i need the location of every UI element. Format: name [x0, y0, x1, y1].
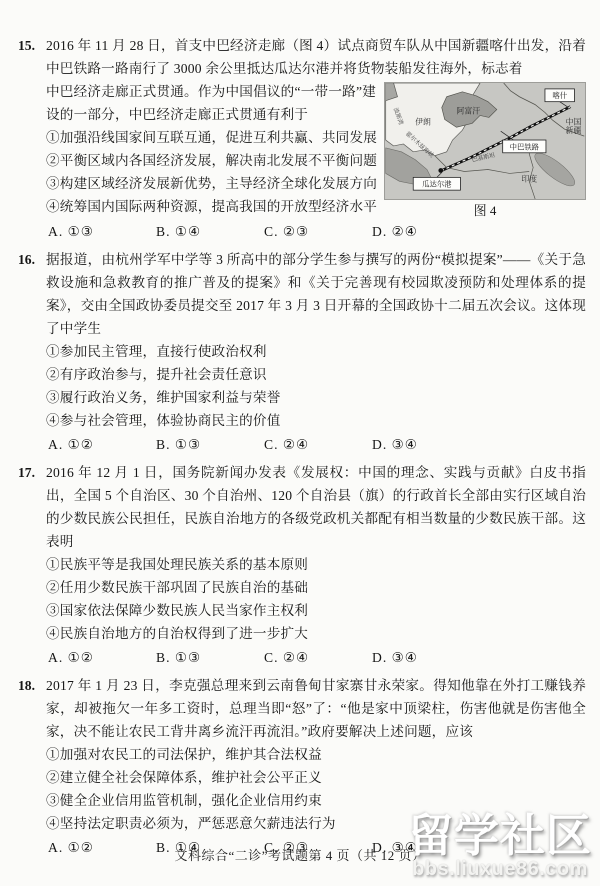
question-16-item-3: ③履行政治义务，维护国家利益与荣誉	[46, 386, 586, 409]
figure-4-map: 喀什 中巴铁路 瓜达尔港 伊朗 阿富汗 中国 新疆 巴基斯坦 印度 波斯湾	[384, 82, 586, 220]
question-16-option-d: D. ③④	[370, 433, 586, 456]
question-15-option-a: A. ①③	[46, 220, 154, 243]
question-18-item-2: ②建立健全社会保障体系，维护社会公平正义	[46, 766, 586, 789]
gwadar-port-dot	[438, 168, 443, 173]
question-15-option-b: B. ①④	[154, 220, 262, 243]
question-17-item-3: ③国家依法保障少数民族人民当家作主权利	[46, 599, 586, 622]
question-18-stem: 2017 年 1 月 23 日，李克强总理来到云南鲁甸甘家寨甘永荣家。得知他靠在…	[46, 674, 586, 743]
question-17-option-b: B. ①③	[154, 646, 262, 669]
page-footer: 文科综合“二诊”考试题第 4 页（共 12 页）	[0, 845, 600, 864]
question-15: 15. 2016 年 11 月 28 日，首支中巴经济走廊（图 4）试点商贸车队…	[18, 34, 586, 243]
question-17-option-d: D. ③④	[370, 646, 586, 669]
cpec-map: 喀什 中巴铁路 瓜达尔港 伊朗 阿富汗 中国 新疆 巴基斯坦 印度 波斯湾	[384, 82, 586, 200]
gwadar-label: 瓜达尔港	[422, 180, 452, 189]
china-label-line2: 新疆	[566, 125, 582, 135]
railway-label: 中巴铁路	[510, 142, 540, 151]
question-16-option-c: C. ②④	[262, 433, 370, 456]
question-15-option-d: D. ②④	[370, 220, 586, 243]
question-16-options: A. ①② B. ①③ C. ②④ D. ③④	[46, 433, 586, 456]
afghanistan-label: 阿富汗	[456, 105, 480, 115]
question-16-item-1: ①参加民主管理，直接行使政治权利	[46, 340, 586, 363]
question-18-item-3: ③健全企业信用监管机制，强化企业信用约束	[46, 789, 586, 812]
question-17-stem: 2016 年 12 月 1 日，国务院新闻办发表《发展权：中国的理念、实践与贡献…	[46, 461, 586, 553]
question-15-option-c: C. ②③	[262, 220, 370, 243]
question-17-item-4: ④民族自治地方的自治权得到了进一步扩大	[46, 622, 586, 645]
question-17-options: A. ①② B. ①③ C. ②④ D. ③④	[46, 646, 586, 669]
question-17-number: 17.	[18, 461, 46, 484]
question-17: 17. 2016 年 12 月 1 日，国务院新闻办发表《发展权：中国的理念、实…	[18, 461, 586, 669]
question-17-item-2: ②任用少数民族干部巩固了民族自治的基础	[46, 576, 586, 599]
exam-page: 15. 2016 年 11 月 28 日，首支中巴经济走廊（图 4）试点商贸车队…	[0, 0, 600, 886]
question-18-number: 18.	[18, 674, 46, 697]
question-16: 16. 据报道，由杭州学军中学等 3 所高中的部分学生参与撰写的两份“模拟提案”…	[18, 248, 586, 456]
question-16-option-b: B. ①③	[154, 433, 262, 456]
question-16-stem: 据报道，由杭州学军中学等 3 所高中的部分学生参与撰写的两份“模拟提案”——《关…	[46, 248, 586, 340]
figure-4-caption: 图 4	[384, 200, 586, 220]
question-17-option-c: C. ②④	[262, 646, 370, 669]
question-16-item-4: ④参与社会管理，体验协商民主的价值	[46, 409, 586, 432]
question-17-option-a: A. ①②	[46, 646, 154, 669]
question-17-item-1: ①民族平等是我国处理民族关系的基本原则	[46, 553, 586, 576]
question-16-item-2: ②有序政治参与，提升社会责任意识	[46, 363, 586, 386]
iran-label: 伊朗	[415, 116, 431, 126]
question-15-stem-part1: 2016 年 11 月 28 日，首支中巴经济走廊（图 4）试点商贸车队从中国新…	[46, 34, 586, 80]
question-18: 18. 2017 年 1 月 23 日，李克强总理来到云南鲁甸甘家寨甘永荣家。得…	[18, 674, 586, 859]
question-16-number: 16.	[18, 248, 46, 271]
question-15-options: A. ①③ B. ①④ C. ②③ D. ②④	[46, 220, 586, 243]
india-label: 印度	[521, 173, 537, 183]
question-15-number: 15.	[18, 34, 46, 57]
question-16-option-a: A. ①②	[46, 433, 154, 456]
kashgar-label: 喀什	[552, 91, 567, 100]
china-label-line1: 中国	[566, 116, 582, 126]
question-18-item-4: ④坚持法定职责必须为，严惩恶意欠薪违法行为	[46, 812, 586, 835]
question-18-item-1: ①加强对农民工的司法保护，维护其合法权益	[46, 743, 586, 766]
